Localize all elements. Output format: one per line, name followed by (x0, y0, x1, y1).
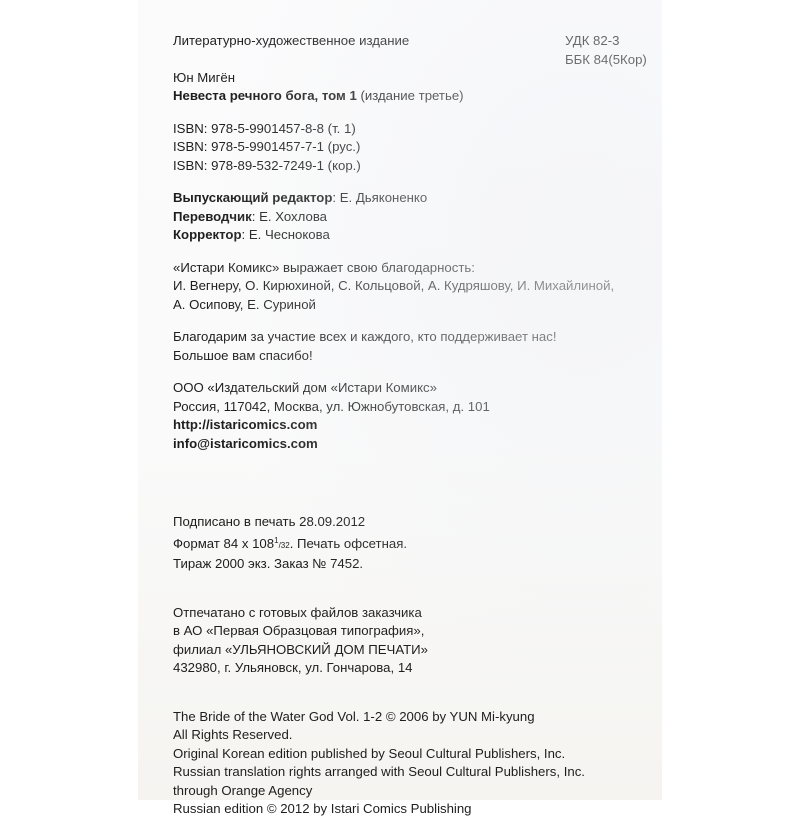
credit-role: Переводчик (173, 209, 252, 224)
thanks-message-2: Большое вам спасибо! (173, 347, 653, 366)
thanks-intro: «Истари Комикс» выражает свою благодарно… (173, 259, 653, 278)
credit-name: : Е. Хохлова (252, 209, 327, 224)
credit-editor: Выпускающий редактор: Е. Дьяконенко (173, 189, 653, 208)
isbn-list: ISBN: 978-5-9901457-8-8 (т. 1) ISBN: 978… (173, 120, 653, 176)
book-title: Невеста речного бога, том 1 (издание тре… (173, 87, 653, 106)
credit-proofreader: Корректор: Е. Чеснокова (173, 226, 653, 245)
credit-role: Корректор (173, 227, 242, 242)
printer-line-2: в АО «Первая Образцовая типография», (173, 622, 653, 641)
copyright-line: All Rights Reserved. (173, 726, 653, 745)
format-prefix: Формат 84 х 108 (173, 536, 274, 551)
genre-label: Литературно-художественное издание (173, 32, 653, 51)
book-edition-note: (издание третье) (357, 88, 464, 103)
publisher-name: ООО «Издательский дом «Истари Комикс» (173, 379, 653, 398)
book-title-main: Невеста речного бога, том 1 (173, 88, 357, 103)
copyright-line: through Orange Agency (173, 782, 653, 801)
thanks-names-2: А. Осипову, Е. Суриной (173, 296, 653, 315)
publisher-address: Россия, 117042, Москва, ул. Южнобутовска… (173, 398, 653, 417)
author-name: Юн Мигён (173, 69, 653, 88)
thanks-names-1: И. Вегнеру, О. Кирюхиной, С. Кольцовой, … (173, 277, 653, 296)
printer-line-1: Отпечатано с готовых файлов заказчика (173, 604, 653, 623)
isbn-russian: ISBN: 978-5-9901457-7-1 (рус.) (173, 138, 653, 157)
isbn-volume: ISBN: 978-5-9901457-8-8 (т. 1) (173, 120, 653, 139)
copyright-line: The Bride of the Water God Vol. 1-2 © 20… (173, 708, 653, 727)
printer-line-3: филиал «УЛЬЯНОВСКИЙ ДОМ ПЕЧАТИ» (173, 641, 653, 660)
copyright-block: The Bride of the Water God Vol. 1-2 © 20… (173, 708, 653, 801)
copyright-line: Russian translation rights arranged with… (173, 763, 653, 782)
credit-name: : Е. Чеснокова (242, 227, 330, 242)
copyright-line: Original Korean edition published by Seo… (173, 745, 653, 764)
imprint-content: Литературно-художественное издание Юн Ми… (173, 32, 653, 800)
credits-list: Выпускающий редактор: Е. Дьяконенко Пере… (173, 189, 653, 245)
format-fraction-den: /32 (279, 541, 290, 550)
printer-block: Отпечатано с готовых файлов заказчика в … (173, 604, 653, 678)
paper-format: Формат 84 х 1081/32. Печать офсетная. (173, 532, 653, 556)
credit-role: Выпускающий редактор (173, 190, 332, 205)
print-info-block: Подписано в печать 28.09.2012 Формат 84 … (173, 513, 653, 574)
format-suffix: . Печать офсетная. (290, 536, 407, 551)
signed-date: Подписано в печать 28.09.2012 (173, 513, 653, 532)
printer-line-4: 432980, г. Ульяновск, ул. Гончарова, 14 (173, 659, 653, 678)
publisher-block: ООО «Издательский дом «Истари Комикс» Ро… (173, 379, 653, 453)
publisher-email[interactable]: info@istaricomics.com (173, 435, 653, 454)
publisher-website[interactable]: http://istaricomics.com (173, 416, 653, 435)
imprint-page: УДК 82-3 ББК 84(5Кор) Литературно-художе… (138, 0, 662, 800)
credit-name: : Е. Дьяконенко (332, 190, 427, 205)
credit-translator: Переводчик: Е. Хохлова (173, 208, 653, 227)
isbn-korean: ISBN: 978-89-532-7249-1 (кор.) (173, 157, 653, 176)
thanks-message-1: Благодарим за участие всех и каждого, кт… (173, 328, 653, 347)
print-run: Тираж 2000 экз. Заказ № 7452. (173, 555, 653, 574)
acknowledgements: «Истари Комикс» выражает свою благодарно… (173, 259, 653, 366)
